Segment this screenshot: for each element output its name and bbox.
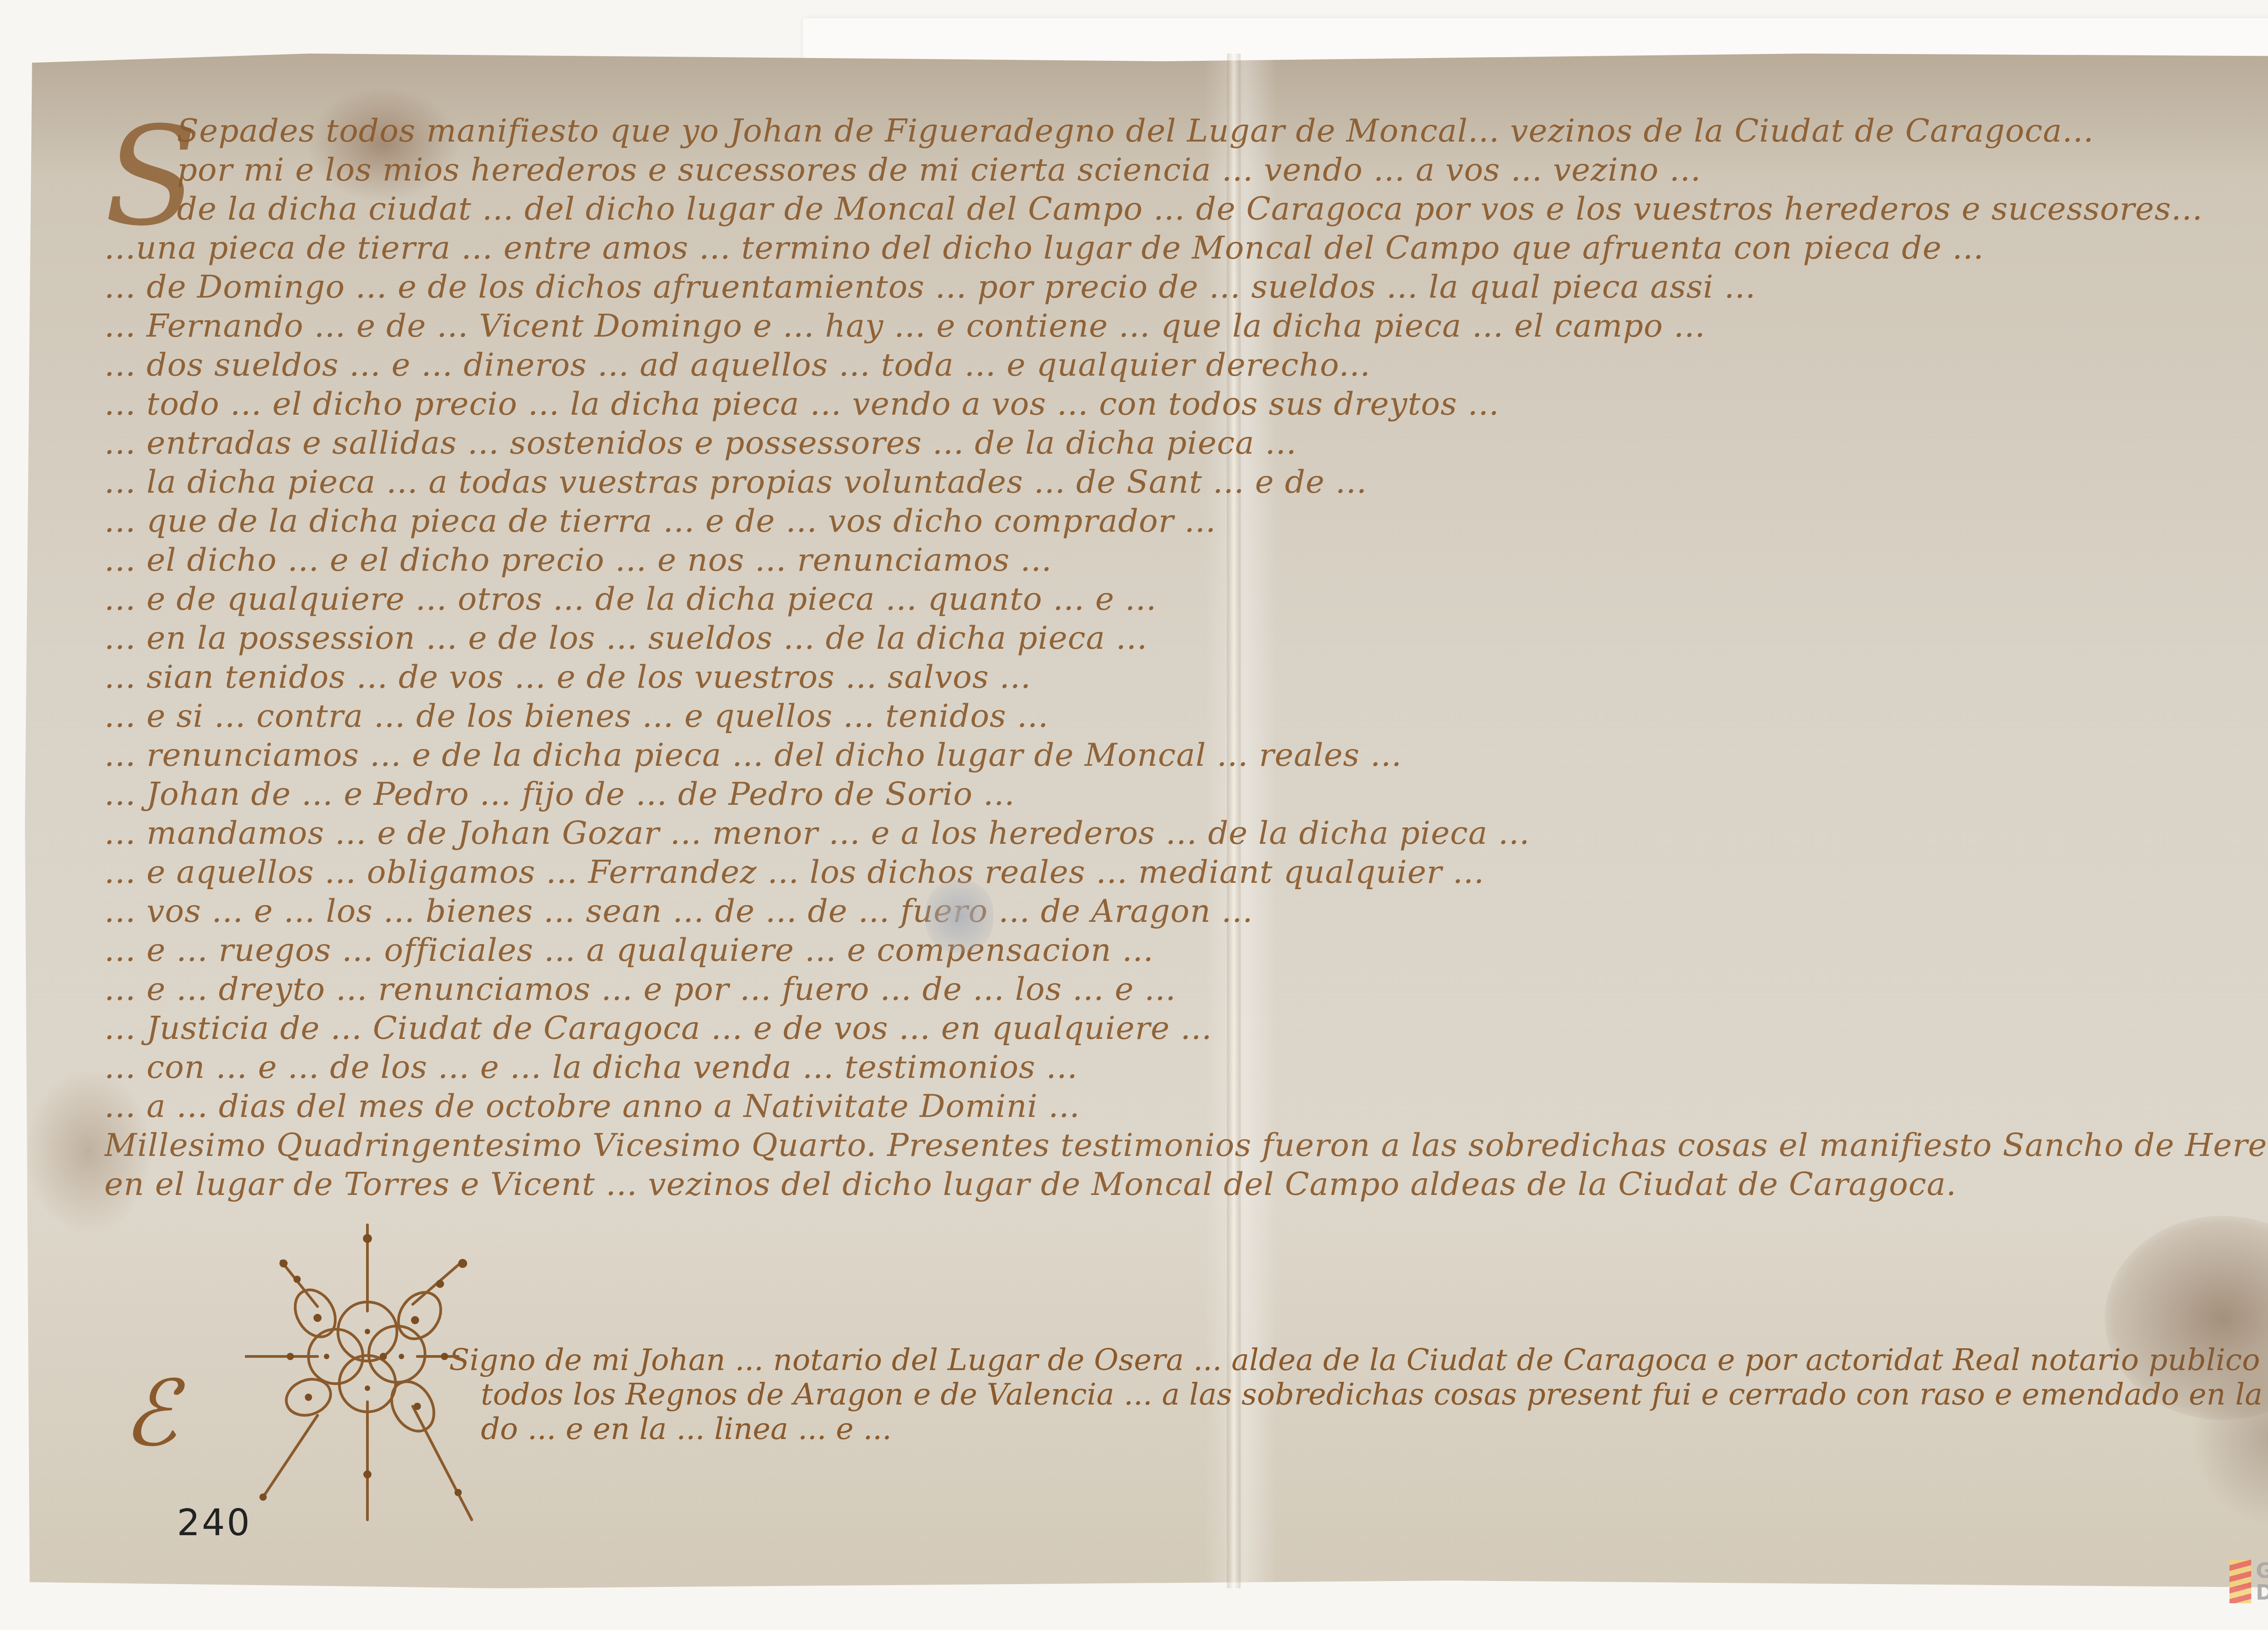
text-line: ... e ... ruegos ... officiales ... a qu… [104, 930, 2268, 969]
text-line: ... sian tenidos ... de vos ... e de los… [104, 657, 2268, 696]
gobierno-aragon-watermark: GOBIERNO DE ARAGON [2229, 1560, 2268, 1603]
text-line: ... e de qualquiere ... otros ... de la … [104, 579, 2268, 618]
text-line: ... que de la dicha pieca de tierra ... … [104, 501, 2268, 540]
text-line: ... entradas e sallidas ... sostenidos e… [104, 423, 2268, 462]
text-line: ... e si ... contra ... de los bienes ..… [104, 696, 2268, 735]
watermark-line-1: GOBIERNO [2256, 1560, 2268, 1581]
text-line: ... vos ... e ... los ... bienes ... sea… [104, 891, 2268, 930]
text-line: ... Justicia de ... Ciudat de Caragoca .… [104, 1008, 2268, 1048]
text-line: ... de Domingo ... e de los dichos afrue… [104, 267, 2268, 306]
aragon-flag-icon [2229, 1560, 2251, 1603]
text-line: en el lugar de Torres e Vicent ... vezin… [104, 1165, 2268, 1204]
text-line: de la dicha ciudat ... del dicho lugar d… [104, 189, 2268, 228]
text-line: ... renunciamos ... e de la dicha pieca … [104, 735, 2268, 774]
text-line: ... la dicha pieca ... a todas vuestras … [104, 462, 2268, 501]
text-line: ... a ... dias del mes de octobre anno a… [104, 1087, 2268, 1126]
text-line: ... dos sueldos ... e ... dineros ... ad… [104, 345, 2268, 384]
text-line: ... el dicho ... e el dicho precio ... e… [104, 540, 2268, 579]
text-line: por mi e los mios herederos e sucessores… [104, 150, 2268, 189]
text-line: ... con ... e ... de los ... e ... la di… [104, 1048, 2268, 1087]
notary-subscription: Signo de mi Johan ... notario del Lugar … [449, 1343, 2268, 1446]
text-line: ... Johan de ... e Pedro ... fijo de ...… [104, 774, 2268, 813]
text-line: Millesimo Quadringentesimo Vicesimo Quar… [104, 1126, 2268, 1165]
charter-body-text: Sepades todos manifiesto que yo Johan de… [104, 111, 2268, 1204]
watermark-line-2: DE ARAGON [2256, 1581, 2268, 1603]
watermark-text: GOBIERNO DE ARAGON [2256, 1560, 2268, 1603]
text-line: ... todo ... el dicho precio ... la dich… [104, 384, 2268, 423]
text-line: ... mandamos ... e de Johan Gozar ... me… [104, 813, 2268, 852]
archive-number: 240 [177, 1502, 252, 1544]
text-line: ... Fernando ... e de ... Vicent Domingo… [104, 306, 2268, 345]
text-line: ... e aquellos ... obligamos ... Ferrand… [104, 852, 2268, 891]
text-line: ...una pieca de tierra ... entre amos ..… [104, 228, 2268, 267]
text-line: ... en la possession ... e de los ... su… [104, 618, 2268, 657]
notary-flourish: ℰ [122, 1361, 177, 1467]
text-line: ... e ... dreyto ... renunciamos ... e p… [104, 969, 2268, 1008]
subscription-line: todos los Regnos de Aragon e de Valencia… [449, 1377, 2268, 1412]
parchment-damage [925, 880, 993, 953]
text-line: Sepades todos manifiesto que yo Johan de… [104, 111, 2268, 150]
subscription-line: Signo de mi Johan ... notario del Lugar … [449, 1343, 2268, 1377]
subscription-line: do ... e en la ... linea ... e ... [449, 1412, 2268, 1446]
